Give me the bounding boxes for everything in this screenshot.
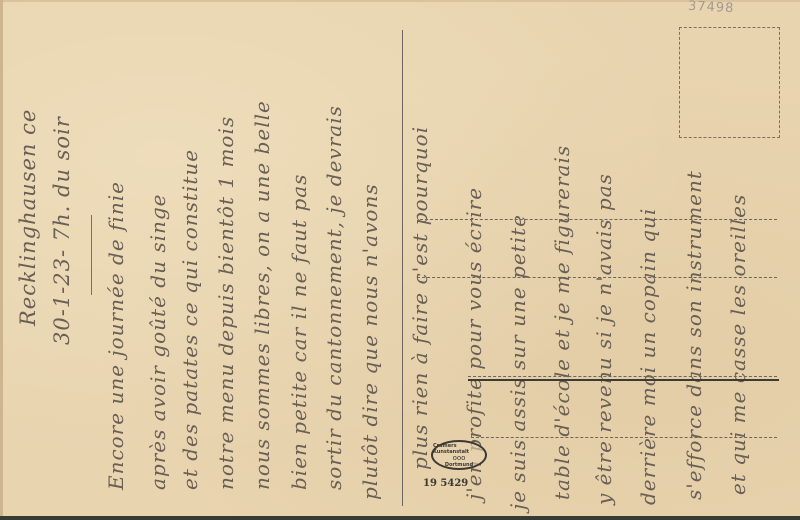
address-line — [420, 219, 777, 220]
message-line: notre menu depuis bientôt 1 mois — [214, 116, 238, 490]
header-underline — [91, 215, 92, 295]
header-date: 30-1-23- 7h. du soir — [50, 116, 74, 345]
message-line: table d'école et je me figurerais — [550, 145, 574, 500]
message-line: sortir du cantonnement, je devrais — [322, 105, 346, 490]
publisher-city: Dortmund — [445, 462, 473, 468]
message-line: je suis assis sur une petite — [506, 214, 530, 510]
stamp-placeholder-box — [679, 27, 780, 138]
scan-border — [0, 516, 800, 520]
header-place: Recklinghausen ce — [16, 109, 40, 326]
card-edge — [0, 0, 3, 516]
address-line — [468, 376, 777, 377]
message-line: plutôt dire que nous n'avons — [358, 183, 382, 500]
message-line: derrière moi un copain qui — [636, 208, 660, 505]
message-line: Encore une journée de finie — [104, 181, 128, 490]
message-line: après avoir goûté du singe — [146, 194, 170, 491]
print-number: 19 5429 — [423, 478, 468, 489]
message-line: nous sommes libres, on a une belle — [250, 100, 274, 490]
message-line: et des patates ce qui constitue — [178, 149, 202, 490]
address-line — [417, 277, 777, 278]
publisher-emblem-icon: ooo — [453, 455, 466, 462]
center-divider — [402, 30, 403, 506]
address-line — [471, 437, 777, 438]
message-line: et qui me casse les oreilles — [726, 194, 750, 495]
message-line: bien petite car il ne faut pas — [287, 174, 311, 490]
archive-number: 37498 — [688, 0, 735, 16]
message-line: y être revenu si je n'avais pas — [592, 173, 616, 505]
publisher-name: Cramers Kunstanstalt — [433, 443, 485, 455]
address-underline — [468, 379, 779, 381]
postcard-back: 37498 Recklinghausen ce 30-1-23- 7h. du … — [0, 0, 800, 516]
card-edge — [0, 0, 800, 2]
message-line: plus rien à faire c'est pourquoi — [408, 126, 432, 470]
publisher-logo: Cramers Kunstanstalt ooo Dortmund — [431, 440, 487, 470]
